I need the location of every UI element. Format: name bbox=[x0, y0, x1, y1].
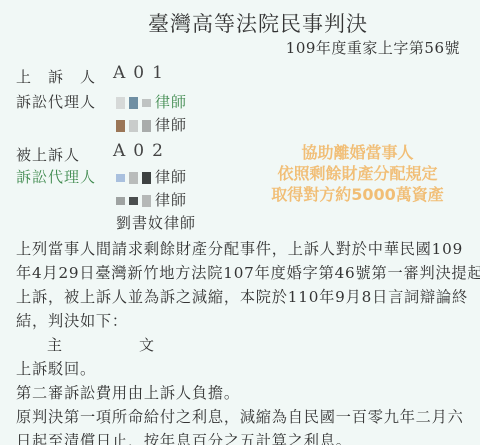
redacted-block bbox=[129, 197, 138, 205]
appellee-label: 被上訴人 bbox=[16, 144, 80, 165]
overlay-line: 協助離婚當事人 bbox=[250, 142, 465, 163]
appellee-name: A02 bbox=[113, 141, 171, 161]
body-line: 上訴，被上訴人並為訴之減縮，本院於110年9月8日言詞辯論終 bbox=[16, 286, 468, 307]
redacted-block bbox=[116, 120, 125, 132]
document-title: 臺灣高等法院民事判決 bbox=[148, 8, 368, 38]
redacted-block bbox=[116, 197, 125, 205]
appellant-label: 上 訴 人 bbox=[16, 66, 96, 87]
redacted-block bbox=[142, 120, 151, 132]
redacted-block bbox=[129, 97, 138, 109]
redacted-block bbox=[116, 174, 125, 182]
overlay-caption: 協助離婚當事人 依照剩餘財產分配規定 取得對方約5000萬資產 bbox=[250, 142, 465, 205]
appellee-lawyer-3: 劉書妏律師 bbox=[116, 212, 196, 233]
appellant-lawyer-1: 律師 bbox=[116, 91, 187, 112]
ruling-line: 原判決第一項所命給付之利息，減縮為自民國一百零九年二月六 bbox=[16, 406, 464, 427]
redacted-block bbox=[142, 99, 151, 107]
case-number: 109年度重家上字第56號 bbox=[286, 37, 460, 58]
redacted-block bbox=[129, 120, 138, 132]
appellant-lawyer-2: 律師 bbox=[116, 114, 187, 135]
ruling-line: 日起至清償日止，按年息百分之五計算之利息。 bbox=[16, 430, 352, 445]
redacted-block bbox=[129, 172, 138, 184]
main-text-heading: 主 文 bbox=[47, 334, 162, 355]
appellee-lawyer-1: 律師 bbox=[116, 166, 187, 187]
redacted-block bbox=[116, 97, 125, 109]
overlay-line: 依照剩餘財產分配規定 bbox=[250, 163, 465, 184]
body-line: 結，判決如下： bbox=[16, 310, 128, 331]
appellee-lawyer-2: 律師 bbox=[116, 189, 187, 210]
ruling-line: 上訴駁回。 bbox=[16, 358, 96, 379]
appellant-name: A01 bbox=[113, 63, 171, 83]
appellee-agent-label: 訴訟代理人 bbox=[16, 166, 96, 187]
redacted-block bbox=[142, 172, 151, 184]
redacted-block bbox=[142, 195, 151, 207]
appellant-agent-label: 訴訟代理人 bbox=[16, 91, 96, 112]
body-line: 上列當事人間請求剩餘財產分配事件，上訴人對於中華民國109 bbox=[16, 238, 463, 259]
overlay-line: 取得對方約5000萬資產 bbox=[250, 184, 465, 205]
ruling-line: 第二審訴訟費用由上訴人負擔。 bbox=[16, 382, 240, 403]
body-line: 年4月29日臺灣新竹地方法院107年度婚字第46號第一審判決提起 bbox=[16, 262, 480, 283]
